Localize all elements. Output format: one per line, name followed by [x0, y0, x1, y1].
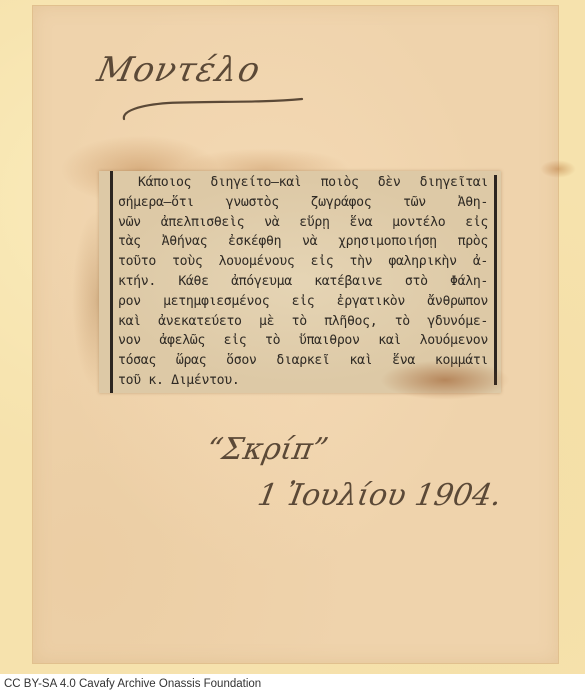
clipping-text: Κάποιος διηγείτο—καὶ ποιὸς δὲν διηγεῖται…: [118, 173, 488, 391]
clipping-line: τὰς Ἀθήνας ἐσκέφθη νὰ χρησιμοποιήσῃ πρὸς: [118, 232, 488, 252]
clipping-line: τοῦτο τοὺς λουομένους εἰς τὴν φαληρικὴν …: [118, 252, 488, 272]
clipping-left-rule: [110, 171, 113, 393]
clipping-line: κτήν. Κάθε ἀπόγευμα κατέβαινε στὸ Φάλη-: [118, 272, 488, 292]
clipping-line: νον ἀφελῶς εἰς τὸ ὕπαιθρον καὶ λουόμενον: [118, 331, 488, 351]
newspaper-clipping: Κάποιος διηγείτο—καὶ ποιὸς δὲν διηγεῖται…: [99, 171, 501, 393]
clipping-line: τοῦ κ. Διμέντου.: [118, 371, 488, 391]
clipping-line: ρον μετημφιεσμένος εἰς ἐργατικὸν ἄνθρωπο…: [118, 292, 488, 312]
title-underline-flourish: [120, 97, 305, 123]
clipping-line: νῶν ἀπελπισθεὶς νὰ εὕρῃ ἕνα μοντέλο εἰς: [118, 213, 488, 233]
clipping-line: σήμερα—ὅτι γνωστὸς ζωγράφος τῶν Ἀθη-: [118, 193, 488, 213]
handwritten-date: 1 Ἰουλίου 1904.: [255, 478, 504, 513]
handwritten-title: Μοντέλο: [94, 50, 265, 90]
scanned-image: Μοντέλο Κάποιος διηγείτο—καὶ ποιὸς δὲν δ…: [0, 0, 585, 674]
clipping-line: τόσας ὥρας ὅσον διαρκεῖ καὶ ἕνα κομμάτι: [118, 351, 488, 371]
handwritten-source: “Σκρίπ”: [204, 432, 331, 467]
clipping-right-rule: [494, 175, 497, 385]
clipping-line: Κάποιος διηγείτο—καὶ ποιὸς δὲν διηγεῖται: [118, 173, 488, 193]
clipping-line: καὶ ἀνεκατεύετο μὲ τὸ πλῆθος, τὸ γδυνόμε…: [118, 312, 488, 332]
license-caption: CC BY-SA 4.0 Cavafy Archive Onassis Foun…: [4, 678, 261, 690]
